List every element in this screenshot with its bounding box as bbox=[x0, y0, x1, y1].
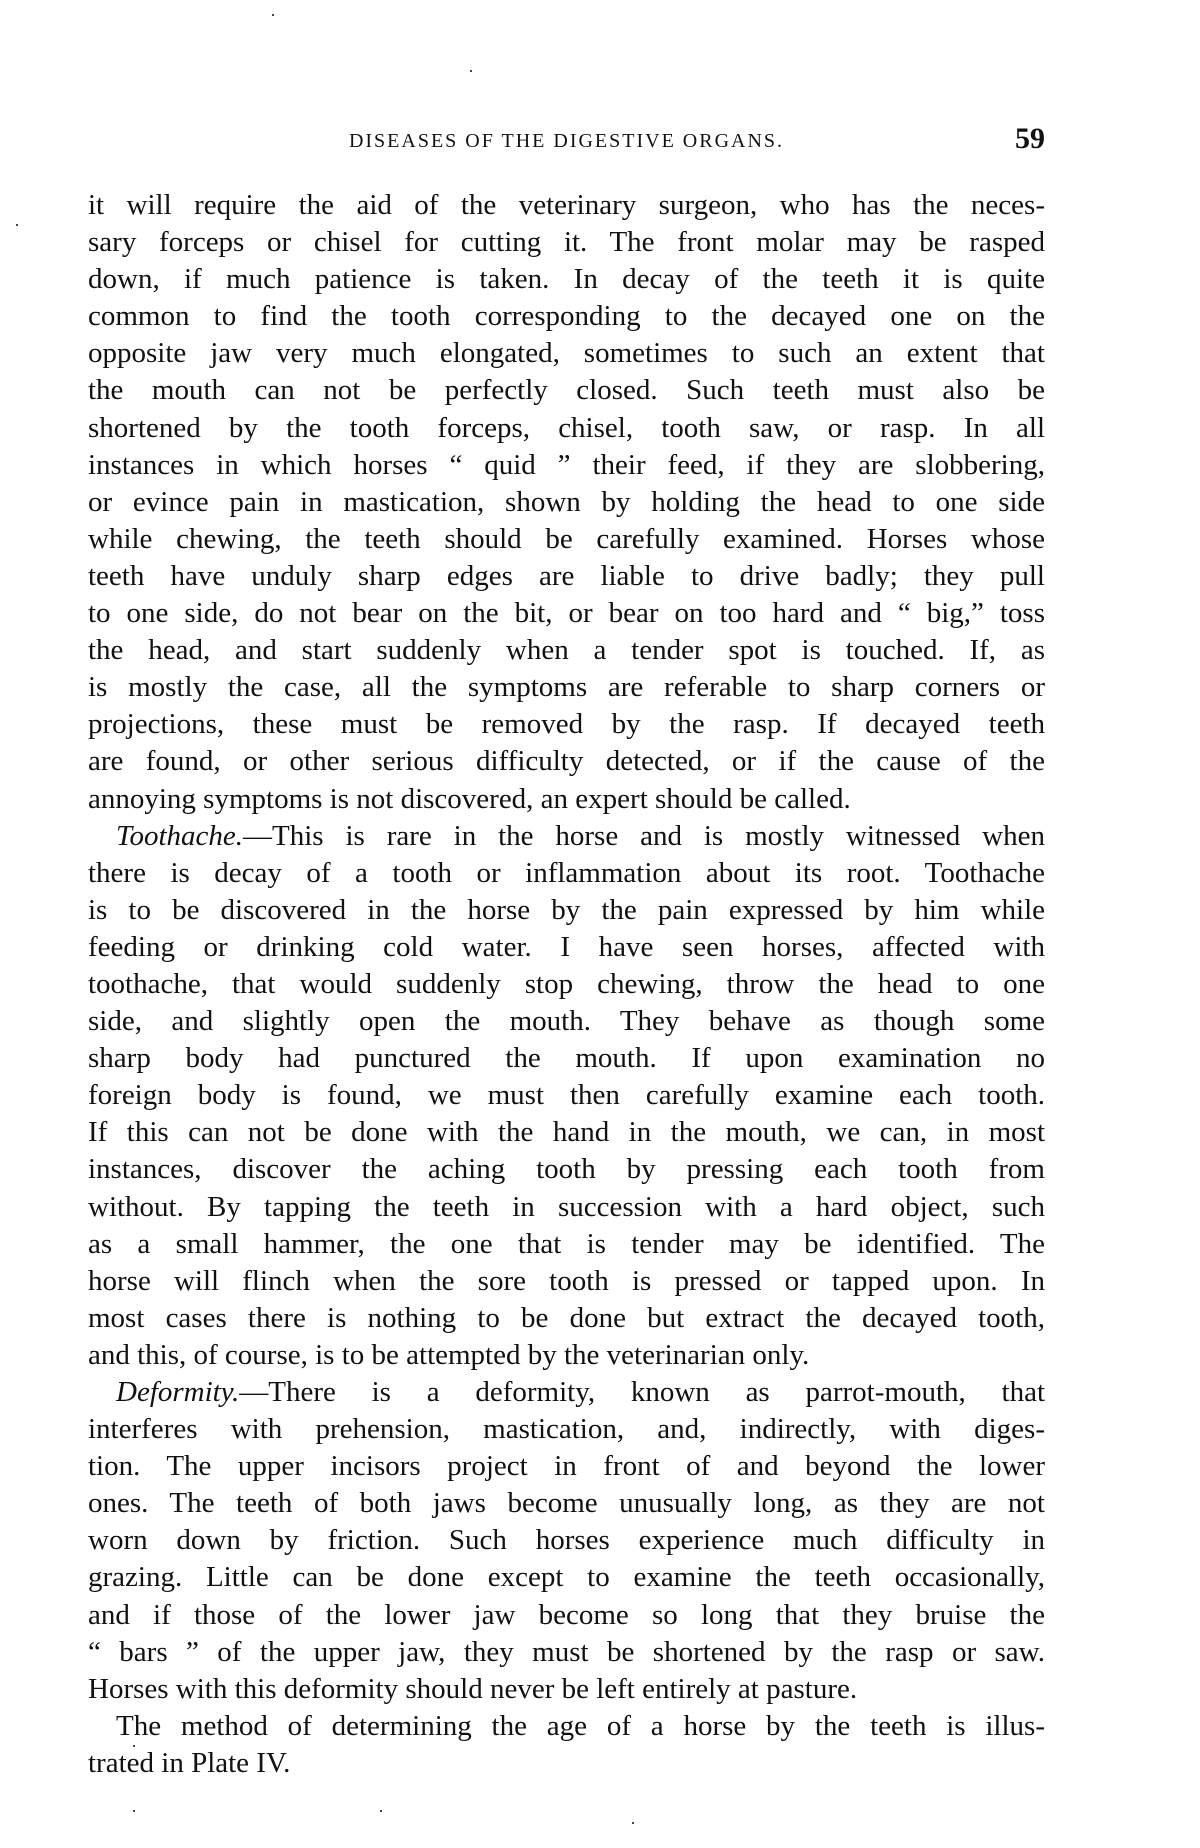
text-line: there is decay of a tooth or inflammatio… bbox=[88, 855, 1045, 892]
text-line: and this, of course, is to be attempted … bbox=[88, 1337, 1045, 1374]
section-heading-toothache: Toothache. bbox=[116, 820, 243, 852]
text-line: is mostly the case, all the symptoms are… bbox=[88, 669, 1045, 706]
paragraph-age-determination: The method of determining the age of a h… bbox=[88, 1708, 1045, 1782]
text-line: annoying symptoms is not discovered, an … bbox=[88, 781, 1045, 818]
text-line: it will require the aid of the veterinar… bbox=[88, 187, 1045, 224]
text-line: trated in Plate IV. bbox=[88, 1745, 1045, 1782]
text-line: the mouth can not be perfectly closed. S… bbox=[88, 372, 1045, 409]
text-line: side, and slightly open the mouth. They … bbox=[88, 1003, 1045, 1040]
paragraph-deformity: Deformity.—There is a deformity, known a… bbox=[88, 1374, 1045, 1708]
text-line: sary forceps or chisel for cutting it. T… bbox=[88, 224, 1045, 261]
text-line: down, if much patience is taken. In deca… bbox=[88, 261, 1045, 298]
body-text: it will require the aid of the veterinar… bbox=[88, 187, 1045, 1782]
text-line: “ bars ” of the upper jaw, they must be … bbox=[88, 1634, 1045, 1671]
text-run: —There is a deformity, known as parrot-m… bbox=[239, 1376, 1045, 1408]
text-line: most cases there is nothing to be done b… bbox=[88, 1300, 1045, 1337]
text-line: and if those of the lower jaw become so … bbox=[88, 1597, 1045, 1634]
scan-speck bbox=[133, 1810, 135, 1812]
scan-speck bbox=[380, 1810, 382, 1812]
text-line: feeding or drinking cold water. I have s… bbox=[88, 929, 1045, 966]
text-line: Toothache.—This is rare in the horse and… bbox=[88, 818, 1045, 855]
text-line: instances in which horses “ quid ” their… bbox=[88, 447, 1045, 484]
text-line: ones. The teeth of both jaws become unus… bbox=[88, 1485, 1045, 1522]
paragraph-toothache: Toothache.—This is rare in the horse and… bbox=[88, 818, 1045, 1374]
text-line: The method of determining the age of a h… bbox=[88, 1708, 1045, 1745]
text-line: sharp body had punctured the mouth. If u… bbox=[88, 1040, 1045, 1077]
text-line: Deformity.—There is a deformity, known a… bbox=[88, 1374, 1045, 1411]
text-line: projections, these must be removed by th… bbox=[88, 706, 1045, 743]
text-line: worn down by friction. Such horses exper… bbox=[88, 1522, 1045, 1559]
section-heading-deformity: Deformity. bbox=[116, 1376, 239, 1408]
text-line: interferes with prehension, mastication,… bbox=[88, 1411, 1045, 1448]
running-title: DISEASES OF THE DIGESTIVE ORGANS. bbox=[88, 130, 1045, 153]
text-line: teeth have unduly sharp edges are liable… bbox=[88, 558, 1045, 595]
text-line: opposite jaw very much elongated, someti… bbox=[88, 335, 1045, 372]
text-line: tion. The upper incisors project in fron… bbox=[88, 1448, 1045, 1485]
text-line: foreign body is found, we must then care… bbox=[88, 1077, 1045, 1114]
text-line: shortened by the tooth forceps, chisel, … bbox=[88, 410, 1045, 447]
text-line: instances, discover the aching tooth by … bbox=[88, 1151, 1045, 1188]
scan-speck bbox=[272, 14, 274, 16]
text-run: —This is rare in the horse and is mostly… bbox=[243, 820, 1045, 852]
paragraph-continuation: it will require the aid of the veterinar… bbox=[88, 187, 1045, 818]
text-line: are found, or other serious difficulty d… bbox=[88, 743, 1045, 780]
text-line: while chewing, the teeth should be caref… bbox=[88, 521, 1045, 558]
running-head: DISEASES OF THE DIGESTIVE ORGANS. 59 bbox=[88, 124, 1045, 164]
scan-speck bbox=[16, 224, 18, 226]
scan-speck bbox=[133, 1745, 135, 1747]
text-line: Horses with this deformity should never … bbox=[88, 1671, 1045, 1708]
scan-speck bbox=[632, 1822, 634, 1824]
text-line: is to be discovered in the horse by the … bbox=[88, 892, 1045, 929]
text-line: grazing. Little can be done except to ex… bbox=[88, 1559, 1045, 1596]
book-page: DISEASES OF THE DIGESTIVE ORGANS. 59 it … bbox=[0, 0, 1200, 1848]
scan-speck bbox=[470, 70, 472, 72]
text-line: If this can not be done with the hand in… bbox=[88, 1114, 1045, 1151]
text-line: horse will flinch when the sore tooth is… bbox=[88, 1263, 1045, 1300]
text-line: common to find the tooth corresponding t… bbox=[88, 298, 1045, 335]
text-line: toothache, that would suddenly stop chew… bbox=[88, 966, 1045, 1003]
text-line: or evince pain in mastication, shown by … bbox=[88, 484, 1045, 521]
text-line: as a small hammer, the one that is tende… bbox=[88, 1226, 1045, 1263]
page-number: 59 bbox=[1015, 122, 1045, 156]
text-line: without. By tapping the teeth in success… bbox=[88, 1189, 1045, 1226]
text-line: to one side, do not bear on the bit, or … bbox=[88, 595, 1045, 632]
text-line: the head, and start suddenly when a tend… bbox=[88, 632, 1045, 669]
